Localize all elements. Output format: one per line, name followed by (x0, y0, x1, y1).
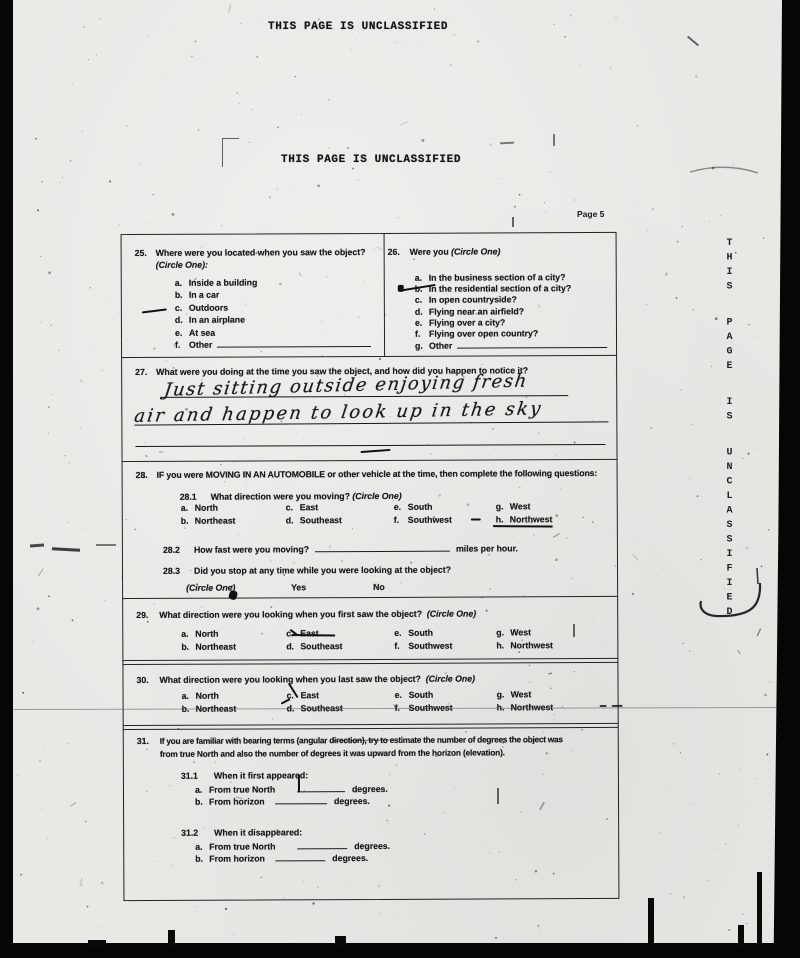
option-label: Northeast (195, 642, 236, 652)
option-letter: f. (415, 329, 429, 340)
scan-tick (512, 217, 514, 227)
q31-1-text: When it first appeared: (214, 770, 308, 780)
option-label: South (409, 690, 434, 700)
pen-mark-q28-dash (471, 519, 481, 521)
option-letter: c. (415, 295, 429, 306)
option-letter: b. (195, 797, 209, 807)
option-label: North (195, 503, 218, 513)
q29-direction-options: a.North b.Northeast c.East d.Southeast e… (181, 627, 553, 655)
q28-3-circle-one: (Circle One) (186, 582, 291, 592)
option-label: Flying over open country? (429, 328, 538, 338)
option-letter: f. (394, 515, 408, 525)
option-label: Inside a building (189, 277, 258, 287)
scan-bracket-mark (222, 138, 239, 167)
q26-number: 26. (388, 247, 400, 257)
q25-number: 25. (135, 248, 147, 258)
q28-1-circle-one: (Circle One) (352, 491, 401, 501)
q31-2a-row: a.From true Northdegrees. (195, 840, 390, 852)
option-letter: e. (394, 628, 408, 638)
option-cell: e.South (395, 689, 497, 702)
option-cell: a.North (181, 628, 286, 641)
option-letter: e. (394, 502, 408, 512)
option-row: d.Flying near an airfield? (415, 306, 607, 318)
q28-3-text: Did you stop at any time while you were … (194, 565, 451, 576)
option-cell: c.East (287, 690, 395, 703)
option-cell: a.North (181, 502, 286, 515)
option-letter: a. (415, 273, 429, 284)
q28-3-choices: (Circle One)YesNo (186, 582, 385, 593)
option-row: a.In the business section of a city? (415, 272, 607, 284)
option-cell: f.Southwest (394, 514, 496, 527)
option-letter: d. (415, 306, 429, 317)
q28-2-number: 28.2 (163, 545, 194, 555)
option-label: South (408, 502, 433, 512)
scanner-drip (738, 925, 744, 947)
pen-mark-q25-c-underline (142, 308, 167, 313)
option-cell: e.South (394, 501, 496, 514)
option-letter: a. (182, 691, 196, 701)
option-label: Northwest (510, 640, 553, 650)
degrees-suffix: degrees. (354, 841, 390, 851)
option-letter: b. (181, 516, 195, 526)
q29-number: 29. (136, 610, 148, 620)
option-row: b.In a car (175, 288, 371, 301)
q28-1-header: 28.1What direction were you moving? (Cir… (180, 491, 402, 502)
option-letter: g. (496, 627, 510, 637)
option-label: From horizon (209, 796, 275, 806)
degrees-suffix: degrees. (334, 796, 370, 806)
divider (122, 596, 618, 599)
q31-number: 31. (137, 736, 149, 746)
no-choice: No (373, 582, 385, 592)
option-label: North (196, 691, 219, 701)
option-label: West (510, 627, 531, 637)
q31-2-header: 31.2When it disappeared: (181, 827, 302, 838)
option-cell: d.Southeast (286, 515, 394, 528)
scanner-drip (168, 930, 175, 946)
classification-banner-side: THIS PAGE IS UNCLASSIFIED (724, 238, 735, 583)
option-row: g.Other (415, 339, 607, 352)
q29-header: What direction were you looking when you… (159, 609, 476, 620)
classification-banner-mid: THIS PAGE IS UNCLASSIFIED (281, 154, 461, 166)
option-letter: e. (175, 326, 189, 338)
option-letter: c. (175, 302, 189, 314)
answer-rule-3 (135, 444, 605, 447)
option-label: Other (429, 341, 452, 351)
option-letter: f. (175, 339, 189, 351)
option-row: e.At sea (175, 326, 371, 339)
q31-1-number: 31.1 (181, 771, 214, 781)
option-row: c.In open countryside? (415, 294, 607, 306)
q30-direction-options: a.North b.Northeast c.East d.Southeast e… (182, 689, 554, 717)
pen-mark-q26-b-blob (398, 285, 404, 292)
option-cell: g.West (496, 501, 553, 514)
option-cell: h.Northwest (497, 702, 554, 715)
degrees-blank (275, 852, 325, 861)
q31-2-number: 31.2 (181, 828, 214, 838)
option-cell: h.Northwest (496, 640, 553, 653)
q26-header: Were you (Circle One) (410, 246, 501, 256)
q30-number: 30. (136, 675, 148, 685)
option-label: West (510, 501, 531, 511)
option-cell: b.Northeast (181, 515, 286, 528)
q31-1b-row: b.From horizondegrees. (195, 795, 370, 807)
q28-number: 28. (136, 470, 148, 480)
q25-options: a.Inside a building b.In a car c.Outdoor… (175, 276, 372, 351)
q26-circle-one: (Circle One) (451, 246, 500, 256)
option-cell: b.Northeast (182, 703, 287, 716)
option-label: Other (189, 340, 212, 350)
option-label: From horizon (209, 853, 275, 863)
option-row: f.Flying over open country? (415, 328, 607, 340)
option-letter: d. (175, 314, 189, 326)
page-number: Page 5 (577, 209, 604, 219)
pen-mark-q31-vline (298, 774, 300, 792)
q30-header: What direction were you looking when you… (159, 674, 474, 685)
option-label: Outdoors (189, 302, 228, 312)
option-letter: g. (415, 341, 429, 352)
option-label: Northwest (510, 514, 553, 524)
option-label: Flying over a city? (429, 317, 505, 327)
divider (122, 662, 618, 665)
option-label: Flying near an airfield? (429, 306, 524, 316)
option-label: Northeast (195, 516, 236, 526)
option-letter: a. (175, 277, 189, 289)
divider (121, 355, 617, 358)
q31-text-line2: from true North and also the number of d… (160, 747, 505, 759)
divider-q25-q26 (384, 234, 386, 356)
option-letter: g. (496, 501, 510, 511)
option-label: West (511, 689, 532, 699)
option-cell: d.Southeast (286, 641, 394, 654)
option-letter: g. (497, 689, 511, 699)
option-cell: b.Northeast (181, 641, 286, 654)
option-letter: a. (195, 842, 209, 852)
option-label: Southeast (300, 641, 342, 651)
option-letter: d. (286, 641, 300, 651)
option-cell: f.Southwest (395, 702, 497, 715)
scan-smudge (96, 544, 116, 546)
option-letter: d. (286, 515, 300, 525)
option-cell: g.West (496, 627, 553, 640)
scanner-drip (648, 898, 654, 946)
option-row: b.In the residential section of a city? (415, 283, 607, 295)
option-cell: f.Southwest (394, 640, 496, 653)
other-blank (457, 339, 607, 349)
degrees-suffix: degrees. (352, 784, 388, 794)
option-letter: b. (181, 642, 195, 652)
option-row: a.Inside a building (175, 276, 371, 289)
scanner-drip (757, 872, 762, 946)
option-label: From true North (209, 784, 297, 794)
option-letter: a. (195, 785, 209, 795)
option-label: In a car (189, 290, 219, 300)
scanner-drip (88, 940, 106, 946)
option-cell: g.West (497, 689, 554, 702)
divider (122, 658, 618, 661)
pen-mark-q30-dash2 (612, 705, 623, 707)
option-letter: c. (286, 502, 300, 512)
option-label: North (195, 629, 218, 639)
option-cell: c.East (286, 502, 394, 515)
pen-mark-q30-dash1 (600, 705, 607, 707)
degrees-suffix: degrees. (332, 853, 368, 863)
scanner-edge-bottom (0, 943, 800, 958)
q28-2-suffix: miles per hour. (456, 543, 518, 553)
option-label: In the business section of a city? (429, 272, 566, 283)
other-blank (217, 338, 371, 348)
q27-number: 27. (135, 367, 147, 377)
scan-tick (553, 134, 555, 146)
option-cell: d.Southeast (287, 703, 395, 716)
q26-text: Were you (410, 247, 449, 257)
option-label: In an airplane (189, 315, 245, 325)
degrees-blank (275, 795, 327, 804)
q29-circle-one: (Circle One) (427, 609, 476, 619)
divider (122, 459, 618, 462)
q31-1a-row: a.From true Northdegrees. (195, 783, 388, 795)
option-letter: f. (394, 641, 408, 651)
pen-mark-q27 (360, 449, 390, 453)
option-label: South (408, 628, 433, 638)
option-row: f.Other (175, 338, 371, 351)
q28-1-text: What direction were you moving? (211, 491, 350, 502)
option-letter: a. (181, 503, 195, 513)
q26-options: a.In the business section of a city? b.I… (415, 272, 608, 352)
q28-1-number: 28.1 (180, 492, 211, 502)
option-cell: e.South (394, 627, 496, 640)
scanner-edge-left (0, 0, 13, 958)
option-letter: e. (415, 318, 429, 329)
q30-circle-one: (Circle One) (426, 674, 475, 684)
degrees-blank (297, 840, 347, 849)
option-letter: e. (395, 690, 409, 700)
scan-tick (497, 788, 499, 804)
option-row: d.In an airplane (175, 313, 371, 326)
q31-2-text: When it disappeared: (214, 827, 302, 837)
option-row: c.Outdoors (175, 301, 371, 314)
option-row: e.Flying over a city? (415, 317, 607, 329)
option-label: From true North (209, 841, 297, 851)
q28-2-text: How fast were you moving? (194, 544, 309, 555)
q28-text: IF you were MOVING IN AN AUTOMOBILE or o… (157, 468, 598, 480)
option-letter: h. (496, 514, 510, 524)
option-letter: b. (175, 289, 189, 301)
q28-3-row: 28.3Did you stop at any time while you w… (163, 565, 451, 576)
scan-tick (573, 624, 575, 637)
questionnaire-form: 25. Where were you located when you saw … (121, 232, 620, 901)
divider (123, 727, 619, 730)
option-label: Southwest (408, 641, 452, 651)
option-letter: h. (496, 640, 510, 650)
option-label: Southeast (300, 515, 342, 525)
q31-2b-row: b.From horizondegrees. (195, 852, 368, 864)
option-cell: a.North (182, 690, 287, 703)
option-label: East (301, 690, 319, 700)
scanner-drip (335, 936, 346, 946)
q28-3-number: 28.3 (163, 566, 194, 576)
option-label: At sea (189, 327, 215, 337)
option-letter: b. (195, 854, 209, 864)
divider (123, 723, 619, 726)
pen-mark-q28-circle-blob (228, 590, 238, 601)
degrees-blank (297, 783, 345, 792)
option-label: East (300, 502, 318, 512)
option-label: In the residential section of a city? (429, 283, 571, 294)
option-letter: a. (181, 629, 195, 639)
speed-blank (315, 543, 450, 553)
q25-text: Where were you located when you saw the … (156, 247, 366, 258)
option-label: Southwest (408, 515, 452, 525)
q29-text: What direction were you looking when you… (159, 609, 422, 620)
q28-2-row: 28.2How fast were you moving?miles per h… (163, 542, 518, 555)
option-label: In open countryside? (429, 295, 517, 305)
classification-banner-top: THIS PAGE IS UNCLASSIFIED (268, 21, 448, 33)
yes-choice: Yes (291, 582, 373, 592)
q25-circle-one: (Circle One): (156, 260, 208, 270)
q31-1-header: 31.1When it first appeared: (181, 770, 308, 781)
